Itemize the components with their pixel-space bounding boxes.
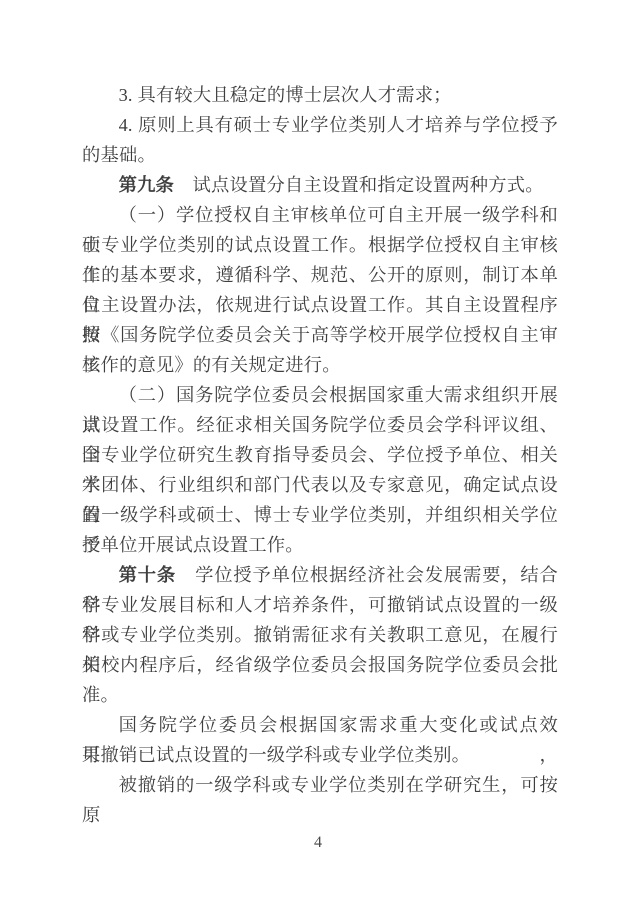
text-line: 的一级学科或硕士、博士专业学位类别，并组织相关学位授 xyxy=(82,500,558,530)
article-text: 试点设置分自主设置和指定设置两种方式。 xyxy=(174,175,544,195)
text-line: 士专业学位类别的试点设置工作。根据学位授权自主审核工 xyxy=(82,230,558,260)
article-heading-line: 第九条 试点设置分自主设置和指定设置两种方式。 xyxy=(82,170,558,200)
text-line: 准。 xyxy=(82,680,558,710)
page-number: 4 xyxy=(0,834,636,852)
text-line: 点设置工作。经征求相关国务院学位委员会学科评议组、全 xyxy=(82,410,558,440)
text-line: 工作的意见》的有关规定进行。 xyxy=(82,350,558,380)
text-line: 的基础。 xyxy=(82,140,558,170)
text-line: 科或专业学位类别。撤销需征求有关教职工意见，在履行相 xyxy=(82,620,558,650)
text-line: 被撤销的一级学科或专业学位类别在学研究生，可按原 xyxy=(82,770,558,800)
article-number: 第十条 xyxy=(119,565,176,585)
text-line: 国专业学位研究生教育指导委员会、学位授予单位、相关学 xyxy=(82,440,558,470)
text-line: 术团体、行业组织和部门代表以及专家意见，确定试点设置 xyxy=(82,470,558,500)
article-heading-line: 第十条 学位授予单位根据经济社会发展需要，结合学 xyxy=(82,560,558,590)
text-line: 关校内程序后，经省级学位委员会报国务院学位委员会批 xyxy=(82,650,558,680)
text-line: 照《国务院学位委员会关于高等学校开展学位授权自主审核 xyxy=(82,320,558,350)
text-line: （二）国务院学位委员会根据国家重大需求组织开展试 xyxy=(82,380,558,410)
text-line: 国务院学位委员会根据国家需求重大变化或试点效果， xyxy=(82,710,558,740)
text-line: 科专业发展目标和人才培养条件，可撤销试点设置的一级学 xyxy=(82,590,558,620)
text-line: 自主设置办法，依规进行试点设置工作。其自主设置程序按 xyxy=(82,290,558,320)
document-page-body: 3. 具有较大且稳定的博士层次人才需求； 4. 原则上具有硕士专业学位类别人才培… xyxy=(82,80,558,800)
article-number: 第九条 xyxy=(119,175,174,195)
text-line: 3. 具有较大且稳定的博士层次人才需求； xyxy=(82,80,558,110)
text-line: 4. 原则上具有硕士专业学位类别人才培养与学位授予 xyxy=(82,110,558,140)
text-line: （一）学位授权自主审核单位可自主开展一级学科和硕 xyxy=(82,200,558,230)
text-line: 作的基本要求，遵循科学、规范、公开的原则，制订本单位 xyxy=(82,260,558,290)
text-line: 予单位开展试点设置工作。 xyxy=(82,530,558,560)
